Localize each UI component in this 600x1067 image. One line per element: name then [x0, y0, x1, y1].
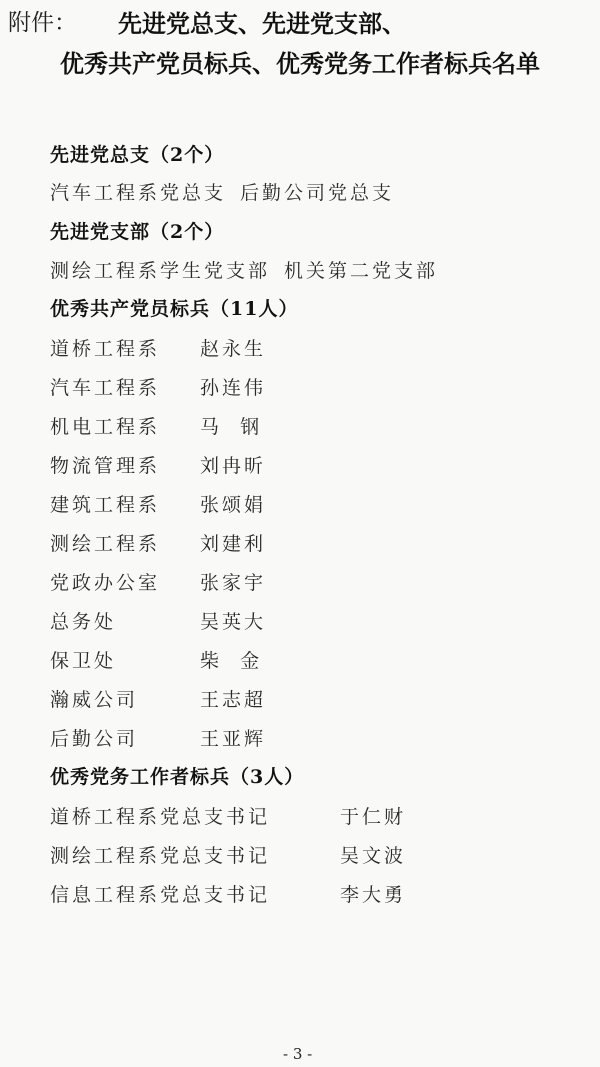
list-item: 汽车工程系党总支后勤公司党总支 [50, 178, 394, 205]
person-name: 李大勇 [340, 880, 406, 907]
table-row: 党政办公室 张家宇 [50, 568, 160, 595]
table-row: 信息工程系党总支书记 李大勇 [50, 880, 270, 907]
unit-name: 总务处 [50, 611, 116, 633]
table-row: 保卫处 柴 金 [50, 646, 116, 673]
table-row: 建筑工程系 张颂娟 [50, 490, 160, 517]
branch-name: 测绘工程系学生党支部 [50, 260, 270, 282]
person-name: 吴文波 [340, 841, 406, 868]
person-name: 刘冉昕 [200, 451, 266, 478]
unit-name: 瀚威公司 [50, 689, 138, 711]
unit-name: 机电工程系 [50, 416, 160, 438]
table-row: 道桥工程系党总支书记 于仁财 [50, 802, 270, 829]
person-name: 张家宇 [200, 568, 266, 595]
unit-name: 建筑工程系 [50, 494, 160, 516]
position-title: 信息工程系党总支书记 [50, 884, 270, 906]
branch-name: 后勤公司党总支 [240, 182, 394, 204]
position-title: 测绘工程系党总支书记 [50, 845, 270, 867]
unit-name: 测绘工程系 [50, 533, 160, 555]
section-heading-outstanding-workers: 优秀党务工作者标兵（3人） [50, 762, 304, 789]
person-name: 王志超 [200, 685, 266, 712]
table-row: 后勤公司 王亚辉 [50, 724, 138, 751]
section-heading-advanced-branch: 先进党支部（2个） [50, 217, 224, 244]
person-name: 刘建利 [200, 529, 266, 556]
person-name: 王亚辉 [200, 724, 266, 751]
table-row: 测绘工程系 刘建利 [50, 529, 160, 556]
branch-name: 汽车工程系党总支 [50, 182, 226, 204]
unit-name: 汽车工程系 [50, 377, 160, 399]
table-row: 机电工程系 马 钢 [50, 412, 160, 439]
list-item: 测绘工程系学生党支部机关第二党支部 [50, 256, 438, 283]
attachment-label: 附件： [8, 4, 77, 37]
unit-name: 物流管理系 [50, 455, 160, 477]
table-row: 瀚威公司 王志超 [50, 685, 138, 712]
person-name: 赵永生 [200, 334, 266, 361]
document-title-line-2: 优秀共产党员标兵、优秀党务工作者标兵名单 [60, 44, 540, 79]
table-row: 汽车工程系 孙连伟 [50, 373, 160, 400]
person-name: 柴 金 [200, 646, 262, 673]
position-title: 道桥工程系党总支书记 [50, 806, 270, 828]
unit-name: 保卫处 [50, 650, 116, 672]
person-name: 于仁财 [340, 802, 406, 829]
unit-name: 党政办公室 [50, 572, 160, 594]
person-name: 吴英大 [200, 607, 266, 634]
document-title-line-1: 先进党总支、先进党支部、 [118, 4, 406, 39]
table-row: 测绘工程系党总支书记 吴文波 [50, 841, 270, 868]
table-row: 总务处 吴英大 [50, 607, 116, 634]
section-heading-advanced-general-branch: 先进党总支（2个） [50, 140, 224, 167]
table-row: 物流管理系 刘冉昕 [50, 451, 160, 478]
unit-name: 道桥工程系 [50, 338, 160, 360]
branch-name: 机关第二党支部 [284, 260, 438, 282]
person-name: 马 钢 [200, 412, 262, 439]
unit-name: 后勤公司 [50, 728, 138, 750]
section-heading-outstanding-members: 优秀共产党员标兵（11人） [50, 294, 298, 321]
person-name: 孙连伟 [200, 373, 266, 400]
page-number: - 3 - [283, 1045, 312, 1063]
table-row: 道桥工程系 赵永生 [50, 334, 160, 361]
person-name: 张颂娟 [200, 490, 266, 517]
